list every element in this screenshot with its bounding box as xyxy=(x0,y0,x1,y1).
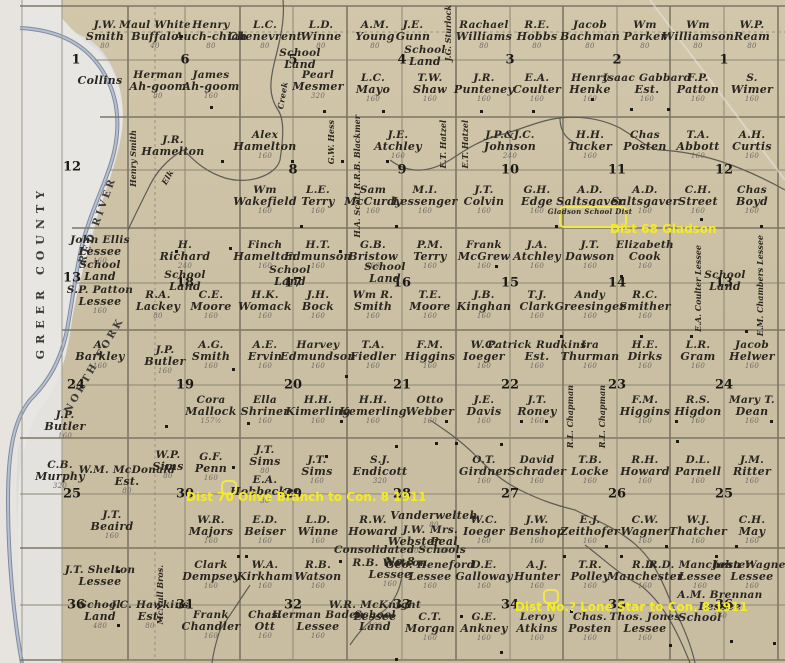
owner-name-line: Atchley xyxy=(513,251,561,262)
acreage-label: 160 xyxy=(182,632,241,641)
acreage-label: 160 xyxy=(144,367,185,376)
owner-name-line: Atkins xyxy=(516,623,557,634)
homestead-dot xyxy=(480,110,483,113)
owner-name-line: Edge xyxy=(521,196,553,207)
acreage-label: 160 xyxy=(621,537,670,546)
owner-label: J.T.Dawson160 xyxy=(565,240,614,271)
owner-label: R.H.Howard160 xyxy=(620,455,670,486)
owner-name-line: Land xyxy=(404,56,445,67)
acreage-label: 160 xyxy=(295,582,342,591)
owner-name-line: Bock xyxy=(302,301,334,312)
owner-name-line: Kinghan xyxy=(457,301,512,312)
owner-label: C.W.Wagner160 xyxy=(621,515,670,546)
owner-name-line: Kemerling xyxy=(339,406,407,417)
homestead-dot xyxy=(341,160,344,163)
owner-label: C.B.Murphy320 xyxy=(35,460,85,491)
owner-name-line: Parnell xyxy=(675,466,721,477)
owner-name-line: Edmundson xyxy=(280,351,356,362)
owner-label: L.R.Gram160 xyxy=(680,340,715,371)
homestead-dot xyxy=(770,420,773,423)
owner-vertical: R.L. Chapman xyxy=(565,385,575,448)
owner-name-line: Est. xyxy=(111,611,188,622)
homestead-dot xyxy=(500,443,503,446)
homestead-dot xyxy=(300,225,303,228)
acreage-label: 80 xyxy=(456,42,512,51)
homestead-dot xyxy=(591,98,594,101)
owner-label: John WagnerLessee160 xyxy=(712,560,785,591)
owner-name-line: Boyd xyxy=(736,196,768,207)
owner-name-line: Penn xyxy=(195,463,227,474)
owner-label: J.R.Punteney160 xyxy=(454,73,514,104)
owner-name-line: Benshop xyxy=(509,526,565,537)
acreage-label: 160 xyxy=(44,432,85,441)
owner-name-line: Wakefield xyxy=(233,196,297,207)
acreage-label: 160 xyxy=(460,634,507,643)
acreage-label: 160 xyxy=(189,537,233,546)
owner-name-line: Endicott xyxy=(353,466,408,477)
owner-label: PearlMesmer320 xyxy=(292,70,344,101)
owner-name-line: Beaird xyxy=(91,521,134,532)
owner-label: CoraMallock157½ xyxy=(185,395,236,426)
homestead-dot xyxy=(545,420,548,423)
owner-name-line: Mesmer xyxy=(292,81,344,92)
owner-name-line: Collins xyxy=(78,75,123,86)
owner-label: J.T.Beaird160 xyxy=(91,510,134,541)
owner-label: WmParker80 xyxy=(623,20,666,51)
owner-label: C.H.May160 xyxy=(739,515,766,546)
owner-label: P.M.Terry160 xyxy=(413,240,446,271)
acreage-label: 160 xyxy=(609,634,680,643)
section-number: 24 xyxy=(67,378,85,393)
owner-name-line: Kirkham xyxy=(237,571,293,582)
acreage-label: 160 xyxy=(237,582,293,591)
owner-name-line: Girdner xyxy=(459,466,509,477)
acreage-label: 160 xyxy=(467,417,502,426)
acreage-label: 160 xyxy=(619,312,671,321)
owner-label: J.E.Atchley160 xyxy=(374,130,422,161)
owner-label: J.R.Hamelton xyxy=(141,135,204,157)
owner-label: SchoolLand xyxy=(279,48,320,70)
owner-label: H.H.Kemerling160 xyxy=(339,395,407,426)
owner-name-line: Tucker xyxy=(568,141,612,152)
homestead-dot xyxy=(237,555,240,558)
owner-name-line: Shriner xyxy=(241,406,290,417)
homestead-dot xyxy=(675,420,678,423)
owner-vertical: E.A. Coulter Lessee xyxy=(693,245,703,332)
owner-name-line: Posten xyxy=(623,141,666,152)
owner-label: Wm R.Smith160 xyxy=(353,290,393,321)
acreage-label: 80 xyxy=(79,487,176,496)
owner-name-line: Williams xyxy=(456,31,512,42)
acreage-label: 160 xyxy=(182,582,240,591)
owner-vertical: G.W. Hess xyxy=(326,120,336,164)
owner-label: J.T.Sims80 xyxy=(249,445,280,476)
homestead-dot xyxy=(520,420,523,423)
owner-label: SchoolLand xyxy=(364,262,405,284)
owner-label: J.H.Bock160 xyxy=(302,290,334,321)
acreage-label: 160 xyxy=(238,312,292,321)
owner-name-line: Street xyxy=(678,196,718,207)
section-number: 1 xyxy=(719,53,728,68)
owner-label: J.T.Roney160 xyxy=(517,395,556,426)
section-number: 12 xyxy=(63,160,81,175)
owner-name-line: Ream xyxy=(734,31,770,42)
owner-label: G.E.Ankney160 xyxy=(460,612,507,643)
owner-name-line: Richard xyxy=(160,251,211,262)
owner-name-line: Sims xyxy=(152,461,183,472)
acreage-label: 160 xyxy=(675,477,721,486)
acreage-label: 160 xyxy=(91,532,134,541)
owner-name-line: Lackey xyxy=(136,301,180,312)
owner-vertical: E.M. Chambers Lessee xyxy=(755,235,765,336)
owner-name-line: Womack xyxy=(238,301,292,312)
owner-name-line: Higdon xyxy=(674,406,721,417)
section-number: 27 xyxy=(501,487,519,502)
acreage-label: 160 xyxy=(339,417,407,426)
homestead-dot xyxy=(500,651,503,654)
acreage-label: 160 xyxy=(620,417,670,426)
owner-name-line: Dawson xyxy=(565,251,614,262)
owner-label: E.J.Zeithofer160 xyxy=(560,515,620,546)
owner-name-line: Ah-goom xyxy=(129,81,186,92)
acreage-label: 160 xyxy=(301,477,332,486)
owner-name-line: Mallock xyxy=(185,406,236,417)
owner-name-line: Moore xyxy=(190,301,231,312)
acreage-label: 160 xyxy=(280,362,356,371)
owner-label: E.A.Coulter160 xyxy=(513,73,561,104)
owner-label: AndyGreesinger160 xyxy=(554,290,625,321)
owner-label: J.A.Atchley160 xyxy=(513,240,561,271)
homestead-dot xyxy=(457,555,460,558)
owner-label: L.D.Winne160 xyxy=(298,515,339,546)
owner-label: R.E.Hobbs80 xyxy=(517,20,558,51)
owner-name-line: Ankney xyxy=(460,623,507,634)
homestead-dot xyxy=(229,247,232,250)
acreage-label: 80 xyxy=(517,42,558,51)
owner-label: R.S.Higdon160 xyxy=(674,395,721,426)
homestead-dot xyxy=(117,624,120,627)
acreage-label: 160 xyxy=(464,207,505,216)
owner-label: SchoolLand xyxy=(269,265,310,287)
homestead-dot xyxy=(760,225,763,228)
owner-label: H.E.Dirks160 xyxy=(628,340,663,371)
homestead-dot xyxy=(700,218,703,221)
owner-label: ChasPosten xyxy=(623,130,666,152)
acreage-label: 160 xyxy=(409,312,450,321)
owner-label: J.C. HawkinsEst.80 xyxy=(111,600,188,631)
owner-label: T.W.Shaw160 xyxy=(413,73,447,104)
owner-label: Chas.Posten160 xyxy=(568,612,611,643)
homestead-dot xyxy=(745,330,748,333)
homestead-dot xyxy=(291,160,294,163)
owner-label: S.P. PattonLessee160 xyxy=(67,285,133,316)
homestead-dot xyxy=(339,250,342,253)
section-number: 12 xyxy=(715,163,733,178)
owner-name-line: May xyxy=(739,526,766,537)
owner-name-line: Williamson xyxy=(662,31,734,42)
owner-label: W.P.Ream80 xyxy=(734,20,770,51)
owner-label: E.D.Beiser160 xyxy=(244,515,285,546)
owner-name-line: Ritter xyxy=(733,466,771,477)
owner-name-line: Morgan xyxy=(405,623,455,634)
owner-name-line: Lessee xyxy=(70,246,130,257)
owner-label: DavidSchrader160 xyxy=(508,455,566,486)
homestead-dot xyxy=(730,640,733,643)
owner-name-line: Chandler xyxy=(182,621,241,632)
owner-label: R.C.Smither160 xyxy=(619,290,671,321)
owner-label: SchoolLand xyxy=(79,260,120,282)
owner-vertical: H.A. Scott R.R.B. Blackmer xyxy=(352,115,362,238)
owner-label: F.M.Higgins160 xyxy=(405,340,455,371)
section-number: 26 xyxy=(608,487,626,502)
owner-name-line: Mayo xyxy=(356,84,390,95)
owner-label: T.J.Clark160 xyxy=(520,290,555,321)
acreage-label: 160 xyxy=(463,537,505,546)
acreage-label: 80 xyxy=(129,92,186,101)
acreage-label: 80 xyxy=(136,312,180,321)
homestead-dot xyxy=(395,445,398,448)
acreage-label: 320 xyxy=(353,477,408,486)
owner-name-line: Chenevrent xyxy=(228,31,302,42)
acreage-label: 160 xyxy=(248,362,282,371)
acreage-label: 160 xyxy=(413,262,446,271)
owner-name-line: Higgins xyxy=(620,406,670,417)
owner-name-line: Johnson xyxy=(484,141,536,152)
owner-name-line: Higgins xyxy=(405,351,455,362)
owner-name-line: Hunter xyxy=(514,571,560,582)
owner-name-line: Fiedler xyxy=(350,351,396,362)
owner-name-line: Clark xyxy=(520,301,555,312)
owner-label: J.W.Benshop160 xyxy=(509,515,565,546)
acreage-label: 160 xyxy=(561,362,620,371)
section-number: 15 xyxy=(501,276,519,291)
acreage-label: 160 xyxy=(571,582,610,591)
homestead-dot xyxy=(640,335,643,338)
owner-name-line: Thatcher xyxy=(669,526,727,537)
section-number: 24 xyxy=(715,378,733,393)
acreage-label: 160 xyxy=(669,537,727,546)
homestead-dot xyxy=(665,545,668,548)
owner-label: WmWilliamson80 xyxy=(662,20,734,51)
owner-label: O.T.Girdner160 xyxy=(459,455,509,486)
homestead-dot xyxy=(435,442,438,445)
acreage-label: 160 xyxy=(568,634,611,643)
homestead-dot xyxy=(715,555,718,558)
owner-name-line: McGrew xyxy=(458,251,510,262)
acreage-label: 160 xyxy=(374,152,422,161)
owner-label: L.C.Mayo160 xyxy=(356,73,390,104)
acreage-label: 160 xyxy=(392,207,457,216)
owner-name-line: Hamelton xyxy=(141,146,204,157)
section-number: 25 xyxy=(715,487,733,502)
homestead-dot xyxy=(455,442,458,445)
owner-label: Thos. JonesLessee160 xyxy=(609,612,680,643)
homestead-dot xyxy=(669,644,672,647)
owner-vertical: E.T. Hatzel xyxy=(438,120,448,168)
owner-label: M.I.Lessenger160 xyxy=(392,185,457,216)
acreage-label: 160 xyxy=(729,417,775,426)
homestead-dot xyxy=(325,455,328,458)
owner-label: JacobHelwer160 xyxy=(729,340,775,371)
owner-name-line: Land xyxy=(704,281,745,292)
owner-name-line: Butler xyxy=(44,421,85,432)
acreage-label: 160 xyxy=(674,417,721,426)
owner-vertical: R.L. Chapman xyxy=(597,385,607,448)
acreage-label: 160 xyxy=(729,362,775,371)
owner-label: G.F.Penn160 xyxy=(195,452,227,483)
owner-name-line: Terry xyxy=(413,251,446,262)
section-number: 2 xyxy=(612,53,621,68)
owner-label: RachaelWilliams80 xyxy=(456,20,512,51)
acreage-label: 160 xyxy=(302,312,334,321)
owner-name-line: Lessee xyxy=(67,296,133,307)
homestead-dot xyxy=(323,110,326,113)
owner-vertical: J.G. Sturlock xyxy=(443,5,453,61)
homestead-dot xyxy=(460,615,463,618)
acreage-label: 160 xyxy=(628,362,663,371)
acreage-label: 160 xyxy=(516,634,557,643)
homestead-dot xyxy=(735,545,738,548)
acreage-label: 160 xyxy=(75,362,125,371)
owner-name-line: Galloway xyxy=(455,571,513,582)
owner-label: A.M.Young80 xyxy=(355,20,394,51)
owner-label: J.M.Ritter160 xyxy=(733,455,771,486)
owner-name-line: Curtis xyxy=(732,141,772,152)
owner-name-line: Howard xyxy=(620,466,670,477)
owner-label: H.K.Womack160 xyxy=(238,290,292,321)
acreage-label: 160 xyxy=(190,312,231,321)
owner-label: D.L.Parnell160 xyxy=(675,455,721,486)
owner-name-line: Helwer xyxy=(729,351,775,362)
owner-label: W.J.Thatcher160 xyxy=(669,515,727,546)
owner-label: C.E.Moore160 xyxy=(190,290,231,321)
homestead-dot xyxy=(395,658,398,661)
owner-name-line: Sims xyxy=(301,466,332,477)
owner-label: H.H.Tucker160 xyxy=(568,130,612,161)
homestead-dot xyxy=(773,642,776,645)
acreage-label: 80 xyxy=(111,622,188,631)
owner-name-line: Parker xyxy=(623,31,666,42)
owner-name-line: Terry xyxy=(301,196,334,207)
owner-name-line: Bachman xyxy=(560,31,620,42)
owner-name-line: Schrader xyxy=(508,466,566,477)
owner-name-line: Wimer xyxy=(731,84,773,95)
owner-label: T.A.Abbott160 xyxy=(676,130,719,161)
section-number: 20 xyxy=(284,378,302,393)
acreage-label: 160 xyxy=(680,362,715,371)
owner-label: JamesAh-goom160 xyxy=(182,70,239,101)
homestead-dot xyxy=(165,425,168,428)
owner-label: LeroyAtkins160 xyxy=(516,612,557,643)
acreage-label: 160 xyxy=(712,582,785,591)
owner-label: T.E.Moore160 xyxy=(409,290,450,321)
acreage-label: 160 xyxy=(517,417,556,426)
homestead-dot xyxy=(210,106,213,109)
homestead-dot xyxy=(175,250,178,253)
owner-label: S.Wimer160 xyxy=(731,73,773,104)
homestead-dot xyxy=(180,35,183,38)
acreage-label: 160 xyxy=(554,312,625,321)
acreage-label: 80 xyxy=(560,42,620,51)
owner-name-line: Lessee xyxy=(609,623,680,634)
owner-label: J.T. SheltonLessee xyxy=(65,565,136,587)
acreage-label: 160 xyxy=(233,207,297,216)
homestead-dot xyxy=(339,560,342,563)
homestead-dot xyxy=(445,420,448,423)
homestead-dot xyxy=(117,570,120,573)
owner-label: J.T.Sims160 xyxy=(301,455,332,486)
owner-name-line: Coulter xyxy=(513,84,561,95)
owner-name-line: Butler xyxy=(144,356,185,367)
owner-name-line: Abbott xyxy=(676,141,719,152)
owner-name-line: Majors xyxy=(189,526,233,537)
owner-label: F.P.Patton160 xyxy=(677,73,719,104)
section-number: 11 xyxy=(608,163,626,178)
homestead-dot xyxy=(667,108,670,111)
homestead-dot xyxy=(495,265,498,268)
owner-label: W.P.Sims80 xyxy=(152,450,183,481)
owner-label: FrankChandler160 xyxy=(182,610,241,641)
owner-label: J.T.Colvin160 xyxy=(464,185,505,216)
county-label: GREER COUNTY xyxy=(34,185,47,359)
owner-label: FrankMcGrew160 xyxy=(458,240,510,271)
owner-label: AlexHamelton160 xyxy=(233,130,296,161)
owner-label: ElizabethCook160 xyxy=(616,240,674,271)
owner-name-line: Lessee xyxy=(712,571,785,582)
owner-label: A.E.Ervin160 xyxy=(248,340,282,371)
acreage-label: 160 xyxy=(733,477,771,486)
acreage-label: 160 xyxy=(677,95,719,104)
owner-label: T.A.Fiedler160 xyxy=(350,340,396,371)
acreage-label: 320 xyxy=(292,92,344,101)
owner-name-line: Atchley xyxy=(374,141,422,152)
owner-name-line: Zeithofer xyxy=(560,526,620,537)
owner-label: ChasBoyd160 xyxy=(736,185,768,216)
owner-name-line: Posten xyxy=(568,623,611,634)
owner-label: D.E.Galloway160 xyxy=(455,560,513,591)
owner-name-line: Winne xyxy=(301,31,342,42)
acreage-label: 160 xyxy=(405,634,455,643)
owner-label: Mary T.Dean160 xyxy=(729,395,775,426)
acreage-label: 80 xyxy=(662,42,734,51)
acreage-label: 160 xyxy=(676,152,719,161)
owner-name-line: Locke xyxy=(571,466,609,477)
owner-label: J.P.Butler160 xyxy=(44,410,85,441)
owner-name-line: Dempsey xyxy=(182,571,240,582)
owner-name-line: Hobbs xyxy=(517,31,558,42)
owner-name-line: Polley xyxy=(571,571,610,582)
acreage-label: 160 xyxy=(350,362,396,371)
section-number: 8 xyxy=(288,163,297,178)
owner-label: SchoolLand xyxy=(404,45,445,67)
owner-name-line: Young xyxy=(355,31,394,42)
owner-name-line: Moore xyxy=(409,301,450,312)
acreage-label: 160 xyxy=(739,537,766,546)
owner-label: H.Richard240 xyxy=(160,240,211,271)
section-number: 10 xyxy=(501,163,519,178)
owner-name-line: Gram xyxy=(680,351,715,362)
section-number: 21 xyxy=(393,378,411,393)
acreage-label: 80 xyxy=(355,42,394,51)
owner-name-line: Punteney xyxy=(454,84,514,95)
acreage-label: 160 xyxy=(298,537,339,546)
section-number: 6 xyxy=(180,53,189,68)
acreage-label: 160 xyxy=(678,207,718,216)
homestead-dot xyxy=(620,555,623,558)
homestead-dot xyxy=(560,335,563,338)
acreage-label: 160 xyxy=(301,207,334,216)
acreage-label: 157½ xyxy=(185,417,236,426)
